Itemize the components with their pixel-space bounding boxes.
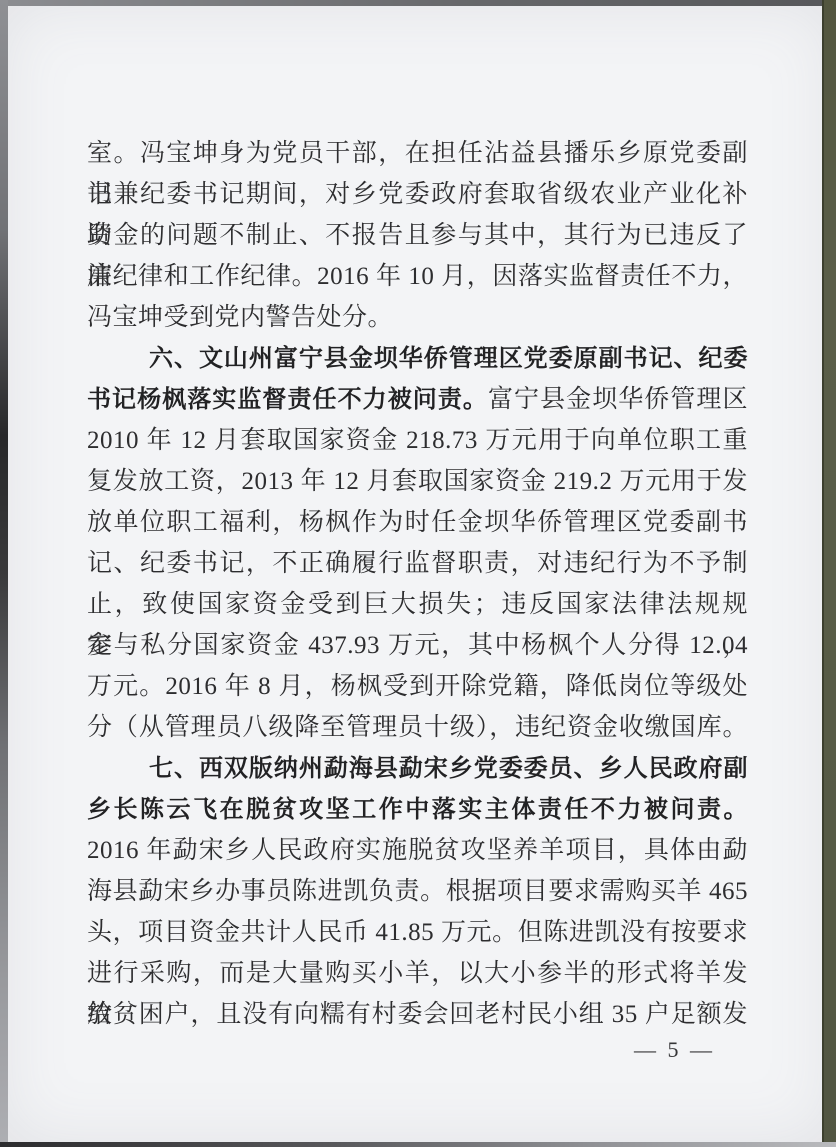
- section-seven-heading-line-1: 七、西双版纳州勐海县勐宋乡党委委员、乡人民政府副: [87, 748, 748, 789]
- section-six-heading-line-1: 六、文山州富宁县金坝华侨管理区党委原副书记、纪委: [87, 338, 748, 379]
- scan-edge-right: [822, 0, 836, 1147]
- page-text: 室。冯宝坤身为党员干部，在担任沾益县播乐乡原党委副书 记兼纪委书记期间，对乡党委…: [87, 133, 748, 1035]
- text-line: 分（从管理员八级降至管理员十级），违纪资金收缴国库。: [87, 707, 748, 748]
- text-line: 记兼纪委书记期间，对乡党委政府套取省级农业产业化补助: [87, 174, 748, 215]
- text-line: 参与私分国家资金 437.93 万元，其中杨枫个人分得 12.04: [87, 625, 748, 666]
- text-line: 记、纪委书记，不正确履行监督职责，对违纪行为不予制: [87, 543, 748, 584]
- section-seven-heading-line-2: 乡长陈云飞在脱贫攻坚工作中落实主体责任不力被问责。: [87, 789, 748, 830]
- text-line: 洁纪律和工作纪律。2016 年 10 月，因落实监督责任不力，: [87, 256, 748, 297]
- text-line: 室。冯宝坤身为党员干部，在担任沾益县播乐乡原党委副书: [87, 133, 748, 174]
- text-line: 海县勐宋乡办事员陈进凯负责。根据项目要求需购买羊 465: [87, 871, 748, 912]
- scan-edge-top: [0, 0, 836, 6]
- text-line: 复发放工资，2013 年 12 月套取国家资金 219.2 万元用于发: [87, 461, 748, 502]
- text-line: 2010 年 12 月套取国家资金 218.73 万元用于向单位职工重: [87, 420, 748, 461]
- scanned-document-page: 室。冯宝坤身为党员干部，在担任沾益县播乐乡原党委副书 记兼纪委书记期间，对乡党委…: [0, 0, 836, 1147]
- text-line: 止，致使国家资金受到巨大损失；违反国家法律法规规定，: [87, 584, 748, 625]
- text-line: 放单位职工福利，杨枫作为时任金坝华侨管理区党委副书: [87, 502, 748, 543]
- text-line: 冯宝坤受到党内警告处分。: [87, 297, 748, 338]
- scan-edge-left: [0, 0, 8, 1147]
- section-six-heading-line-2: 书记杨枫落实监督责任不力被问责。富宁县金坝华侨管理区: [87, 379, 748, 420]
- text-line: 资金的问题不制止、不报告且参与其中，其行为已违反了廉: [87, 215, 748, 256]
- page-number: — 5 —: [634, 1033, 715, 1067]
- section-six-heading-bold-text: 书记杨枫落实监督责任不力被问责。: [87, 386, 488, 413]
- text-line: 进行采购，而是大量购买小羊，以大小参半的形式将羊发放: [87, 953, 748, 994]
- text-line: 万元。2016 年 8 月，杨枫受到开除党籍，降低岗位等级处: [87, 666, 748, 707]
- scan-edge-bottom: [0, 1142, 836, 1147]
- text-line-fragment: 富宁县金坝华侨管理区: [488, 386, 748, 413]
- text-line: 2016 年勐宋乡人民政府实施脱贫攻坚养羊项目，具体由勐: [87, 830, 748, 871]
- text-line: 头，项目资金共计人民币 41.85 万元。但陈进凯没有按要求: [87, 912, 748, 953]
- text-line: 给贫困户，且没有向糯有村委会回老村民小组 35 户足额发: [87, 994, 748, 1035]
